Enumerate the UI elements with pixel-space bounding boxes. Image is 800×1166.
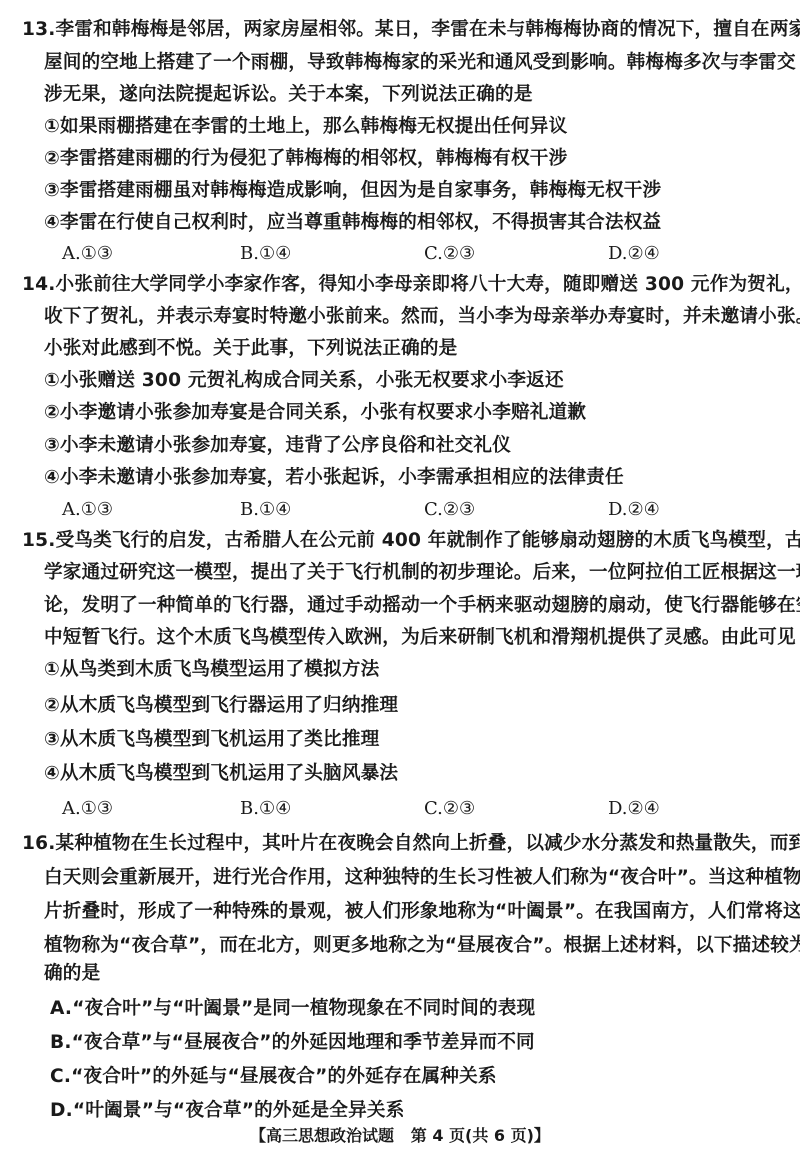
choice-c: C.②③ bbox=[424, 793, 475, 825]
statement: ④从木质飞鸟模型到飞机运用了头脑风暴法 bbox=[44, 758, 398, 790]
question-stem-line: 小张对此感到不悦。关于此事，下列说法正确的是 bbox=[44, 333, 457, 365]
page-footer: 【高三思想政治试题 第 4 页(共 6 页)】 bbox=[0, 1124, 800, 1148]
choice-a: A.①③ bbox=[62, 793, 113, 825]
question-stem-line: 16.某种植物在生长过程中，其叶片在夜晚会自然向上折叠，以减少水分蒸发和热量散失… bbox=[22, 828, 800, 860]
statement: ①从鸟类到木质飞鸟模型运用了模拟方法 bbox=[44, 654, 379, 686]
question-stem-line: 论，发明了一种简单的飞行器，通过手动摇动一个手柄来驱动翅膀的扇动，使飞行器能够在… bbox=[44, 590, 800, 622]
answer-choices: A.①③ B.①④ C.②③ D.②④ bbox=[62, 494, 762, 526]
question-stem-line: 学家通过研究这一模型，提出了关于飞行机制的初步理论。后来，一位阿拉伯工匠根据这一… bbox=[44, 557, 800, 589]
option-b: B.“夜合草”与“昼展夜合”的外延因地理和季节差异而不同 bbox=[50, 1027, 535, 1059]
statement: ③小李未邀请小张参加寿宴，违背了公序良俗和社交礼仪 bbox=[44, 430, 511, 462]
choice-c: C.②③ bbox=[424, 494, 475, 526]
answer-choices: A.①③ B.①④ C.②③ D.②④ bbox=[62, 238, 762, 270]
choice-b: B.①④ bbox=[240, 793, 291, 825]
option-d: D.“叶阖景”与“夜合草”的外延是全异关系 bbox=[50, 1095, 405, 1127]
statement: ④小李未邀请小张参加寿宴，若小张起诉，小李需承担相应的法律责任 bbox=[44, 462, 624, 494]
option-c: C.“夜合叶”的外延与“昼展夜合”的外延存在属种关系 bbox=[50, 1061, 497, 1093]
answer-choices: A.①③ B.①④ C.②③ D.②④ bbox=[62, 793, 762, 825]
choice-b: B.①④ bbox=[240, 494, 291, 526]
statement: ①小张赠送 300 元贺礼构成合同关系，小张无权要求小李返还 bbox=[44, 365, 564, 397]
question-stem-line: 收下了贺礼，并表示寿宴时特邀小张前来。然而，当小李为母亲举办寿宴时，并未邀请小张… bbox=[44, 301, 800, 333]
question-stem-line: 中短暂飞行。这个木质飞鸟模型传入欧洲，为后来研制飞机和滑翔机提供了灵感。由此可见 bbox=[44, 622, 796, 654]
question-stem-line: 13.李雷和韩梅梅是邻居，两家房屋相邻。某日，李雷在未与韩梅梅协商的情况下，擅自… bbox=[22, 14, 800, 46]
statement: ②李雷搭建雨棚的行为侵犯了韩梅梅的相邻权，韩梅梅有权干涉 bbox=[44, 143, 567, 175]
statement: ③从木质飞鸟模型到飞机运用了类比推理 bbox=[44, 724, 379, 756]
question-stem-line: 14.小张前往大学同学小李家作客，得知小李母亲即将八十大寿，随即赠送 300 元… bbox=[22, 269, 800, 301]
statement: ②从木质飞鸟模型到飞行器运用了归纳推理 bbox=[44, 690, 398, 722]
question-stem-line: 涉无果，遂向法院提起诉讼。关于本案，下列说法正确的是 bbox=[44, 79, 533, 111]
statement: ②小李邀请小张参加寿宴是合同关系，小张有权要求小李赔礼道歉 bbox=[44, 397, 586, 429]
exam-page: 13.李雷和韩梅梅是邻居，两家房屋相邻。某日，李雷在未与韩梅梅协商的情况下，擅自… bbox=[0, 0, 800, 1166]
choice-c: C.②③ bbox=[424, 238, 475, 270]
question-stem-line: 植物称为“夜合草”，而在北方，则更多地称之为“昼展夜合”。根据上述材料，以下描述… bbox=[44, 930, 800, 962]
statement: ①如果雨棚搭建在李雷的土地上，那么韩梅梅无权提出任何异议 bbox=[44, 111, 567, 143]
choice-a: A.①③ bbox=[62, 494, 113, 526]
statement: ④李雷在行使自己权利时，应当尊重韩梅梅的相邻权，不得损害其合法权益 bbox=[44, 207, 661, 239]
question-stem-line: 白天则会重新展开，进行光合作用，这种独特的生长习性被人们称为“夜合叶”。当这种植… bbox=[44, 862, 800, 894]
question-stem-line: 片折叠时，形成了一种特殊的景观，被人们形象地称为“叶阖景”。在我国南方，人们常将… bbox=[44, 896, 800, 928]
question-stem-line: 15.受鸟类飞行的启发，古希腊人在公元前 400 年就制作了能够扇动翅膀的木质飞… bbox=[22, 525, 800, 557]
choice-d: D.②④ bbox=[608, 494, 660, 526]
question-stem-line: 确的是 bbox=[44, 958, 100, 990]
choice-b: B.①④ bbox=[240, 238, 291, 270]
option-a: A.“夜合叶”与“叶阖景”是同一植物现象在不同时间的表现 bbox=[50, 993, 535, 1025]
question-stem-line: 屋间的空地上搭建了一个雨棚，导致韩梅梅家的采光和通风受到影响。韩梅梅多次与李雷交 bbox=[44, 47, 796, 79]
choice-a: A.①③ bbox=[62, 238, 113, 270]
choice-d: D.②④ bbox=[608, 238, 660, 270]
statement: ③李雷搭建雨棚虽对韩梅梅造成影响，但因为是自家事务，韩梅梅无权干涉 bbox=[44, 175, 661, 207]
choice-d: D.②④ bbox=[608, 793, 660, 825]
